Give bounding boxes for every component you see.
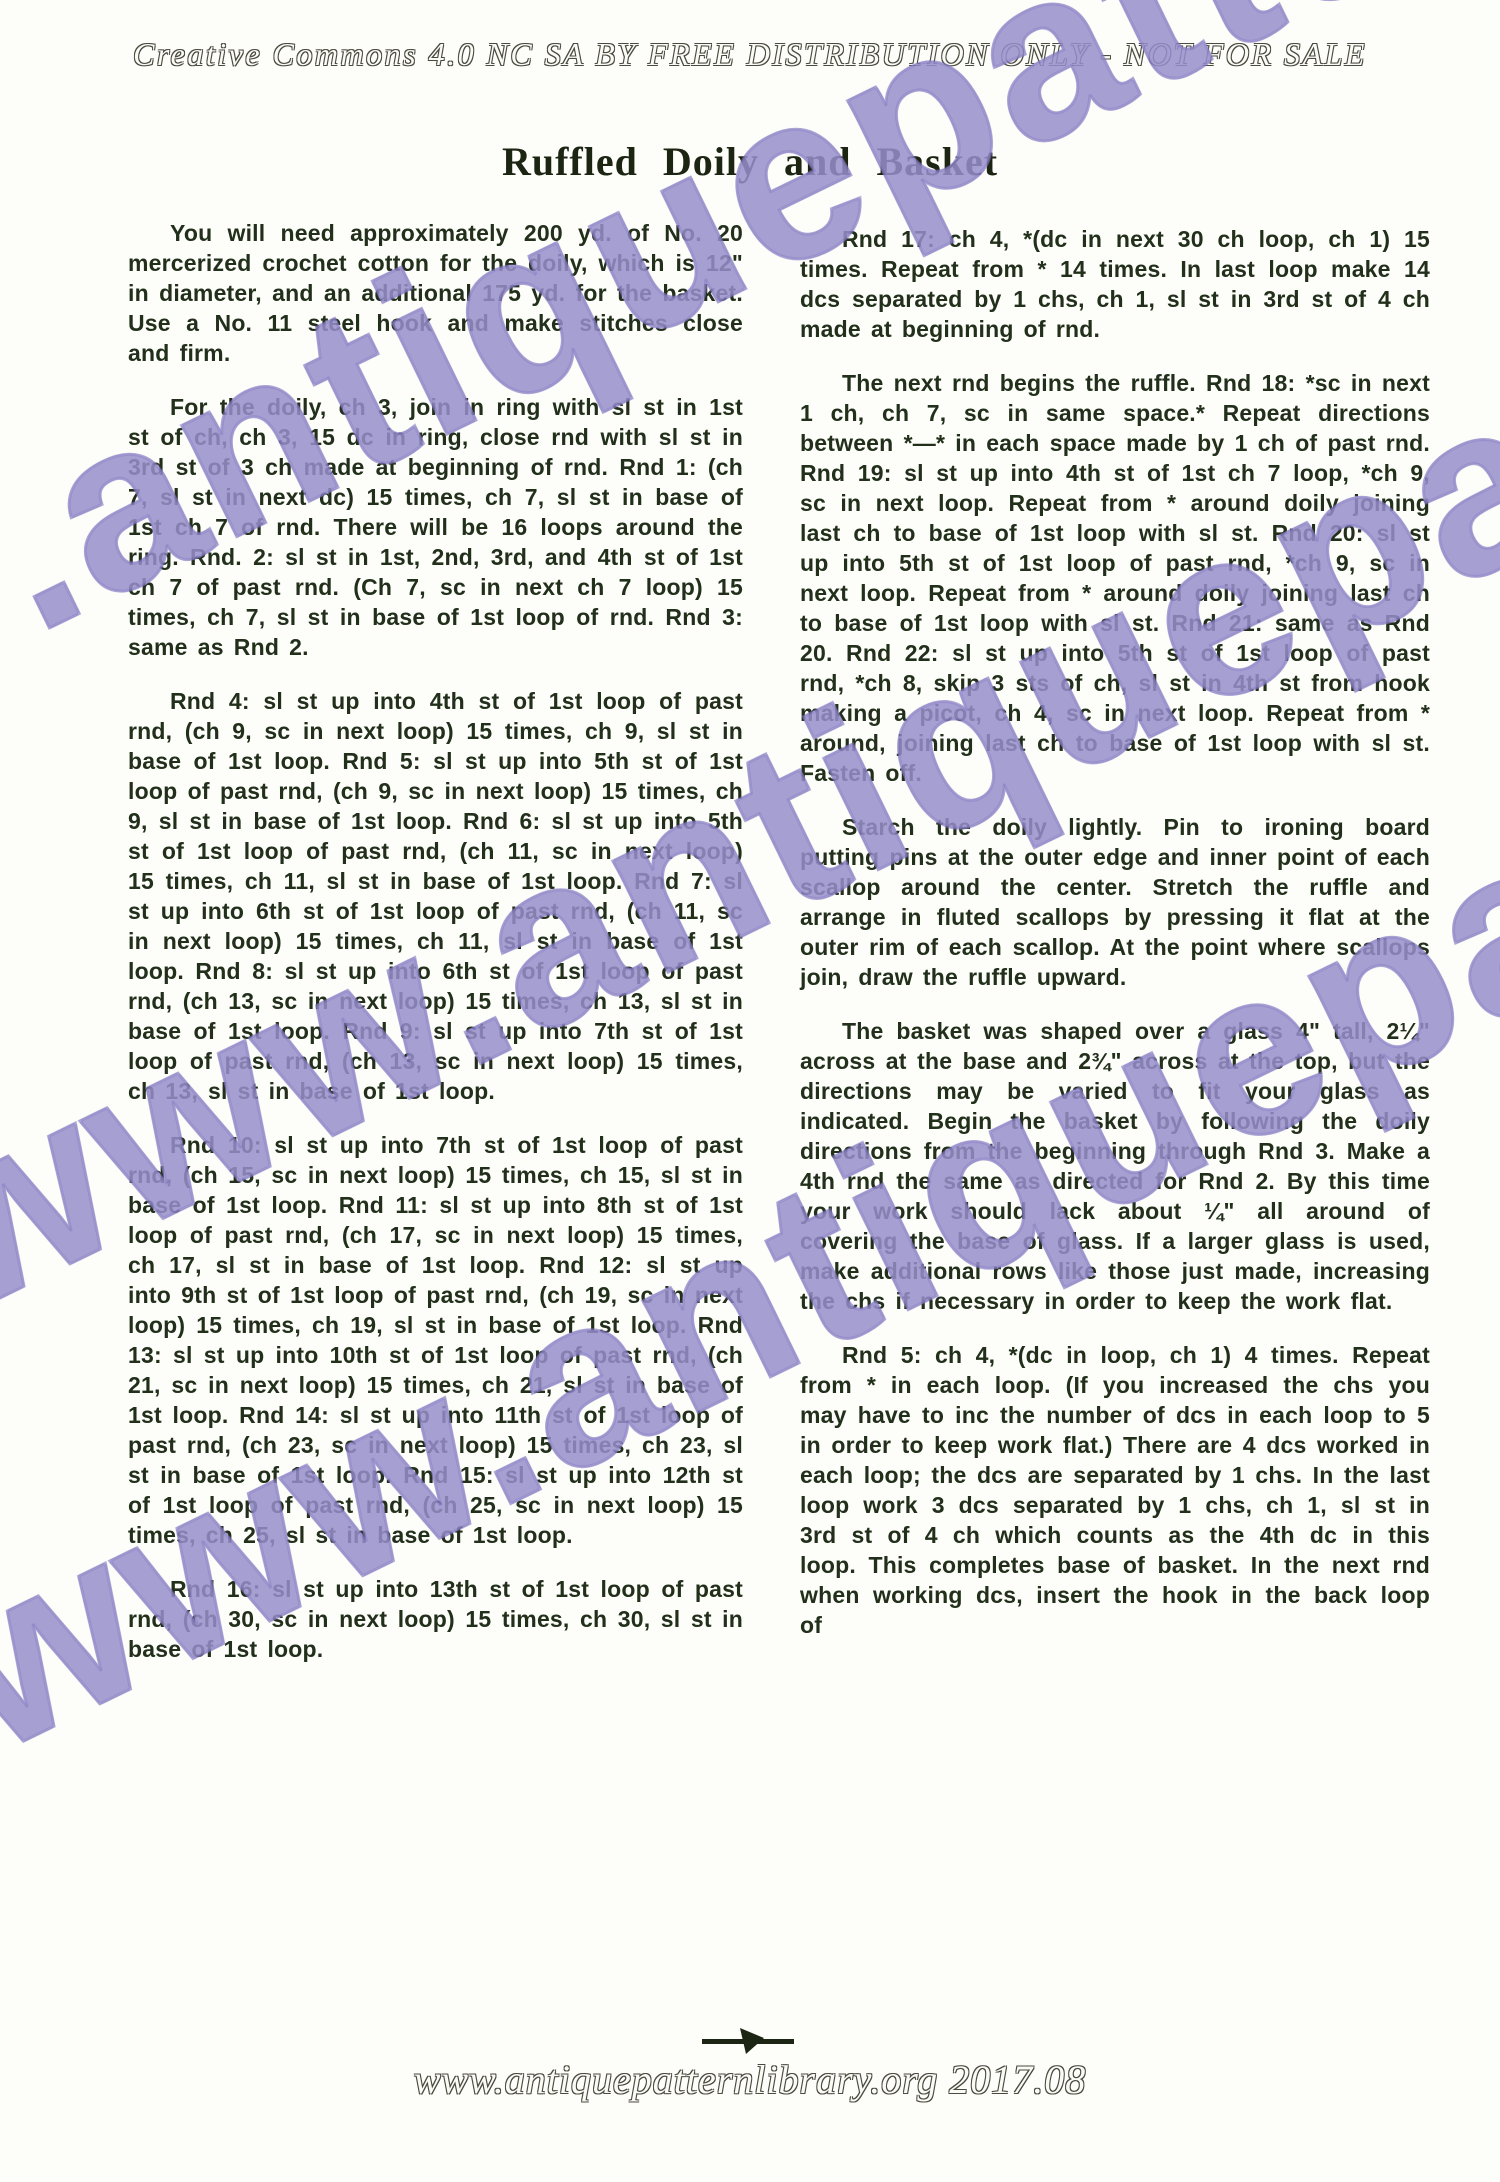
divider-arrow-icon <box>700 2026 796 2056</box>
doily-rnd-16-paragraph: Rnd 16: sl st up into 13th st of 1st loo… <box>128 1574 743 1664</box>
license-banner: Creative Commons 4.0 NC SA BY FREE DISTR… <box>0 36 1500 73</box>
starching-paragraph: Starch the doily lightly. Pin to ironing… <box>800 812 1430 992</box>
doily-rnds-10-15-paragraph: Rnd 10: sl st up into 7th st of 1st loop… <box>128 1130 743 1550</box>
column-left: You will need approximately 200 yd. of N… <box>128 218 743 1688</box>
basket-intro-paragraph: The basket was shaped over a glass 4" ta… <box>800 1016 1430 1316</box>
doily-rnds-4-9-paragraph: Rnd 4: sl st up into 4th st of 1st loop … <box>128 686 743 1106</box>
scanned-pattern-page: Creative Commons 4.0 NC SA BY FREE DISTR… <box>0 0 1500 2182</box>
footer-credit: www.antiquepatternlibrary.org 2017.08 <box>0 2056 1500 2103</box>
page-title: Ruffled Doily and Basket <box>0 138 1500 185</box>
doily-rnds-1-3-paragraph: For the doily, ch 3, join in ring with s… <box>128 392 743 662</box>
doily-rnd-17-paragraph: Rnd 17: ch 4, *(dc in next 30 ch loop, c… <box>800 224 1430 344</box>
ruffle-rnds-18-22-paragraph: The next rnd begins the ruffle. Rnd 18: … <box>800 368 1430 788</box>
basket-rnd-5-paragraph: Rnd 5: ch 4, *(dc in loop, ch 1) 4 times… <box>800 1340 1430 1640</box>
column-right: Rnd 17: ch 4, *(dc in next 30 ch loop, c… <box>800 224 1430 1664</box>
materials-paragraph: You will need approximately 200 yd. of N… <box>128 218 743 368</box>
